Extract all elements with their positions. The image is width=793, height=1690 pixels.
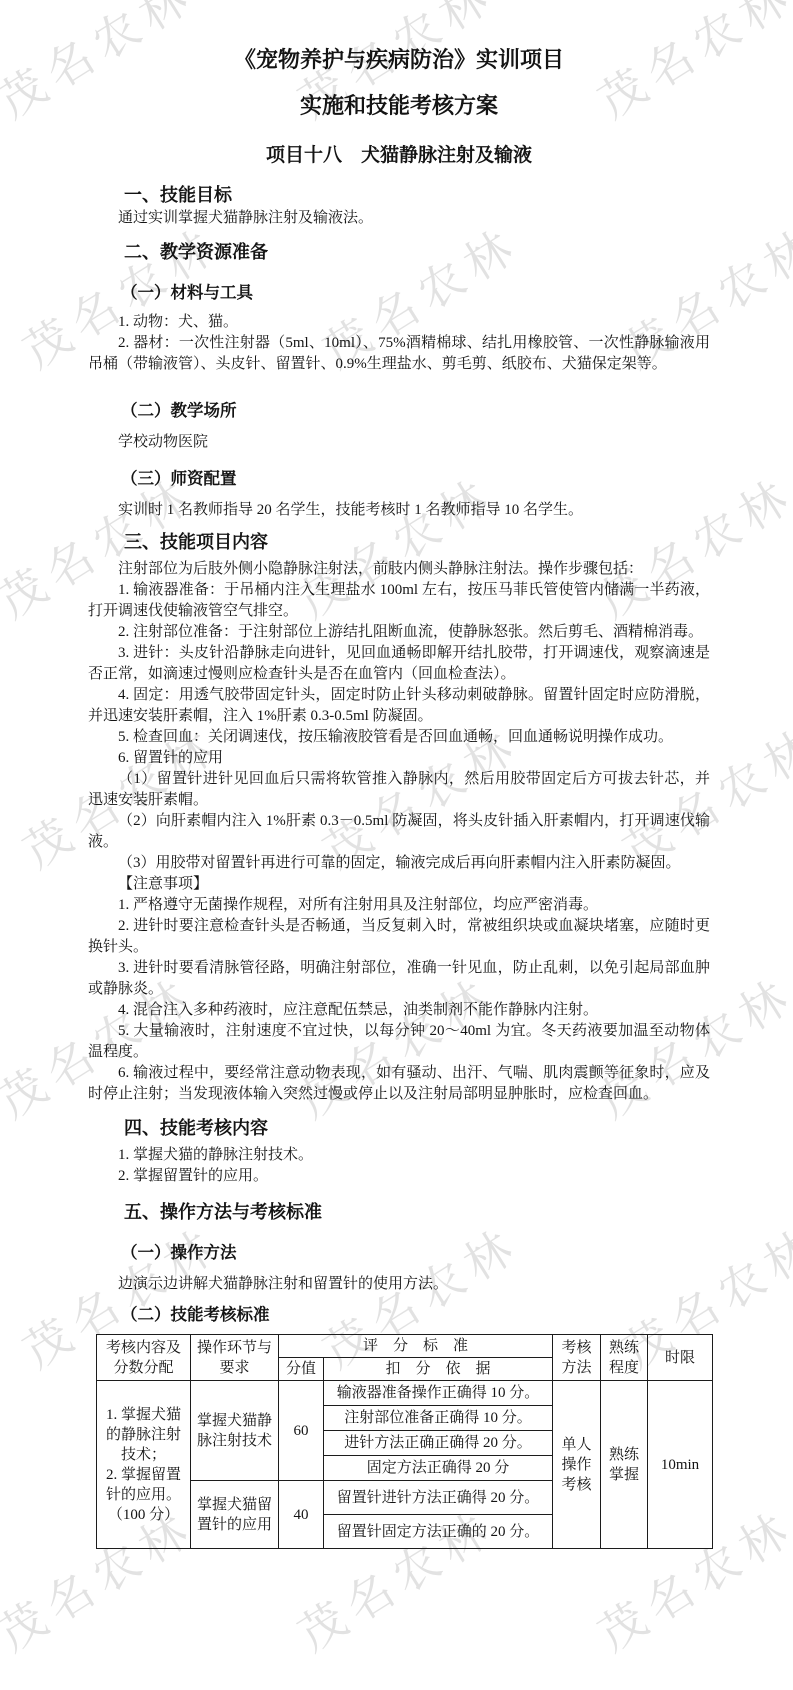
table-cell-criterion: 固定方法正确得 20 分 (324, 1456, 553, 1481)
table-header-scoring-standard: 评 分 标 准 (279, 1335, 553, 1358)
section-3-step: 1. 输液器准备：于吊桶内注入生理盐水 100ml 左右，按压马菲氏管使管内储满… (88, 580, 710, 622)
section-3-note: 2. 进针时要注意检查针头是否畅通，当反复刺入时，常被组织块或血凝块堵塞，应随时… (88, 916, 710, 958)
section-3-heading: 三、技能项目内容 (88, 529, 710, 555)
table-row: 1. 掌握犬猫的静脉注射技术； 2. 掌握留置针的应用。 （100 分） 掌握犬… (97, 1381, 713, 1406)
table-cell-proficiency: 熟练掌握 (601, 1381, 648, 1549)
section-2-1-item-1: 1. 动物：犬、猫。 (88, 312, 710, 333)
section-2-2-body: 学校动物医院 (88, 432, 710, 453)
section-4-item: 2. 掌握留置针的应用。 (88, 1166, 710, 1187)
section-2-3-body: 实训时 1 名教师指导 20 名学生，技能考核时 1 名教师指导 10 名学生。 (88, 500, 710, 521)
section-2-heading: 二、教学资源准备 (88, 239, 710, 265)
table-header-row-1: 考核内容及分数分配 操作环节与要求 评 分 标 准 考核方法 熟练程度 时限 (97, 1335, 713, 1358)
table-cell-criterion: 输液器准备操作正确得 10 分。 (324, 1381, 553, 1406)
table-cell-time-limit: 10min (648, 1381, 713, 1549)
section-4-heading: 四、技能考核内容 (88, 1115, 710, 1141)
table-cell-score-60: 60 (279, 1381, 324, 1481)
section-3-substep: （1）留置针进针见回血后只需将软管推入静脉内，然后用胶带固定后方可拔去针芯，并迅… (88, 769, 710, 811)
table-header-deduction-basis: 扣 分 依 据 (324, 1358, 553, 1381)
section-1-body: 通过实训掌握犬猫静脉注射及输液法。 (88, 208, 710, 229)
table-cell-criterion: 留置针固定方法正确的 20 分。 (324, 1515, 553, 1549)
section-3-intro: 注射部位为后肢外侧小隐静脉注射法，前肢内侧头静脉注射法。操作步骤包括： (88, 559, 710, 580)
table-cell-step-1: 掌握犬猫静脉注射技术 (191, 1381, 279, 1481)
section-5-1-body: 边演示边讲解犬猫静脉注射和留置针的使用方法。 (88, 1274, 710, 1295)
assessment-table: 考核内容及分数分配 操作环节与要求 评 分 标 准 考核方法 熟练程度 时限 分… (96, 1334, 713, 1549)
document-content: 《宠物养护与疾病防治》实训项目 实施和技能考核方案 项目十八 犬猫静脉注射及输液… (0, 0, 793, 1549)
section-3-note: 6. 输液过程中，要经常注意动物表现，如有骚动、出汗、气喘、肌肉震颤等征象时，应… (88, 1063, 710, 1105)
section-5-1-heading: （一）操作方法 (88, 1241, 710, 1266)
section-3-step: 5. 检查回血：关闭调速伐，按压输液胶管看是否回血通畅，回血通畅说明操作成功。 (88, 727, 710, 748)
section-3-note: 3. 进针时要看清脉管径路，明确注射部位，准确一针见血，防止乱刺，以免引起局部血… (88, 958, 710, 1000)
section-3-notes-heading: 【注意事项】 (88, 874, 710, 895)
doc-title-line-2: 实施和技能考核方案 (88, 90, 710, 122)
doc-title-line-1: 《宠物养护与疾病防治》实训项目 (88, 44, 710, 76)
content-item: 1. 掌握犬猫的静脉注射技术； (101, 1405, 186, 1465)
section-3-substep: （3）用胶带对留置针再进行可靠的固定，输液完成后再向肝素帽内注入肝素防凝固。 (88, 853, 710, 874)
table-cell-criterion: 注射部位准备正确得 10 分。 (324, 1406, 553, 1431)
table-cell-step-2: 掌握犬猫留置针的应用 (191, 1481, 279, 1549)
section-3-note: 1. 严格遵守无菌操作规程，对所有注射用具及注射部位，均应严密消毒。 (88, 895, 710, 916)
section-3-substep: （2）向肝素帽内注入 1%肝素 0.3－0.5ml 防凝固，将头皮针插入肝素帽内… (88, 811, 710, 853)
table-header-time-limit: 时限 (648, 1335, 713, 1381)
content-item: （100 分） (101, 1505, 186, 1525)
table-header-content-score: 考核内容及分数分配 (97, 1335, 191, 1381)
section-3-step: 4. 固定：用透气胶带固定针头，固定时防止针头移动刺破静脉。留置针固定时应防滑脱… (88, 685, 710, 727)
section-2-2-heading: （二）教学场所 (88, 399, 710, 424)
section-3-note: 4. 混合注入多种药液时，应注意配伍禁忌，油类制剂不能作静脉内注射。 (88, 1000, 710, 1021)
section-3-step: 6. 留置针的应用 (88, 748, 710, 769)
section-5-heading: 五、操作方法与考核标准 (88, 1199, 710, 1225)
table-header-method: 考核方法 (553, 1335, 601, 1381)
table-header-proficiency: 熟练程度 (601, 1335, 648, 1381)
table-cell-method: 单人操作考核 (553, 1381, 601, 1549)
section-2-3-heading: （三）师资配置 (88, 467, 710, 492)
section-3-step: 2. 注射部位准备：于注射部位上游结扎阻断血流，使静脉怒张。然后剪毛、酒精棉消毒… (88, 622, 710, 643)
table-header-score-value: 分值 (279, 1358, 324, 1381)
table-header-steps: 操作环节与要求 (191, 1335, 279, 1381)
section-2-1-heading: （一）材料与工具 (88, 281, 710, 306)
table-cell-score-40: 40 (279, 1481, 324, 1549)
section-1-heading: 一、技能目标 (88, 182, 710, 208)
section-2-1-item-2: 2. 器材：一次性注射器（5ml、10ml）、75%酒精棉球、结扎用橡胶管、一次… (88, 333, 710, 375)
table-cell-content-allocation: 1. 掌握犬猫的静脉注射技术； 2. 掌握留置针的应用。 （100 分） (97, 1381, 191, 1549)
table-cell-criterion: 进针方法正确正确得 20 分。 (324, 1431, 553, 1456)
section-3-note: 5. 大量输液时，注射速度不宜过快，以每分钟 20～40ml 为宜。冬天药液要加… (88, 1021, 710, 1063)
section-5-2-heading: （二）技能考核标准 (88, 1303, 710, 1328)
content-item: 2. 掌握留置针的应用。 (101, 1465, 186, 1505)
section-3-step: 3. 进针：头皮针沿静脉走向进针，见回血通畅即解开结扎胶带，打开调速伐，观察滴速… (88, 643, 710, 685)
table-cell-criterion: 留置针进针方法正确得 20 分。 (324, 1481, 553, 1515)
document-page: 茂名农林茂名农林茂名农林茂名农林茂名农林茂名农林茂名农林茂名农林茂名农林茂名农林… (0, 0, 793, 1690)
project-title: 项目十八 犬猫静脉注射及输液 (88, 142, 710, 170)
section-4-item: 1. 掌握犬猫的静脉注射技术。 (88, 1145, 710, 1166)
